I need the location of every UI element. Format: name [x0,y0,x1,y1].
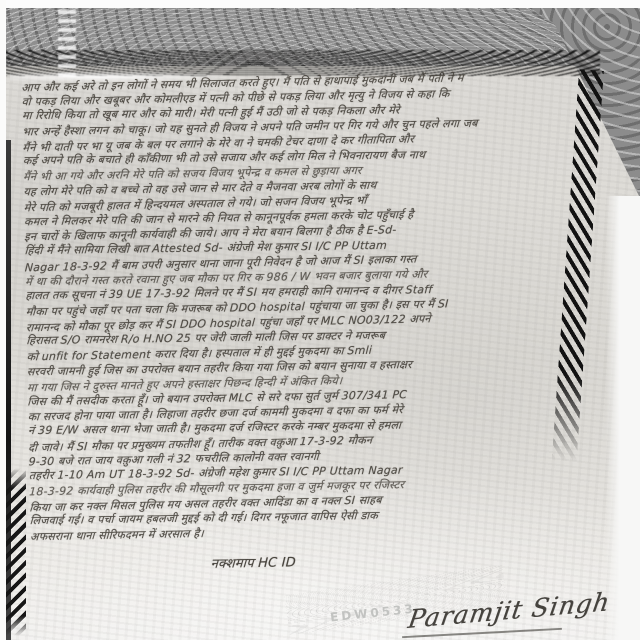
scanned-document-page: आप और कई अरे तो इन लोगों ने समय भी सिलाज… [0,0,640,640]
scan-left-margin [0,0,6,640]
scan-streak [58,10,76,80]
handwriting-lines: आप और कई अरे तो इन लोगों ने समय भी सिलाज… [21,69,590,576]
scan-top-margin [0,0,640,8]
page-left-hatch-edge [3,468,26,636]
scan-right-margin [606,196,640,640]
